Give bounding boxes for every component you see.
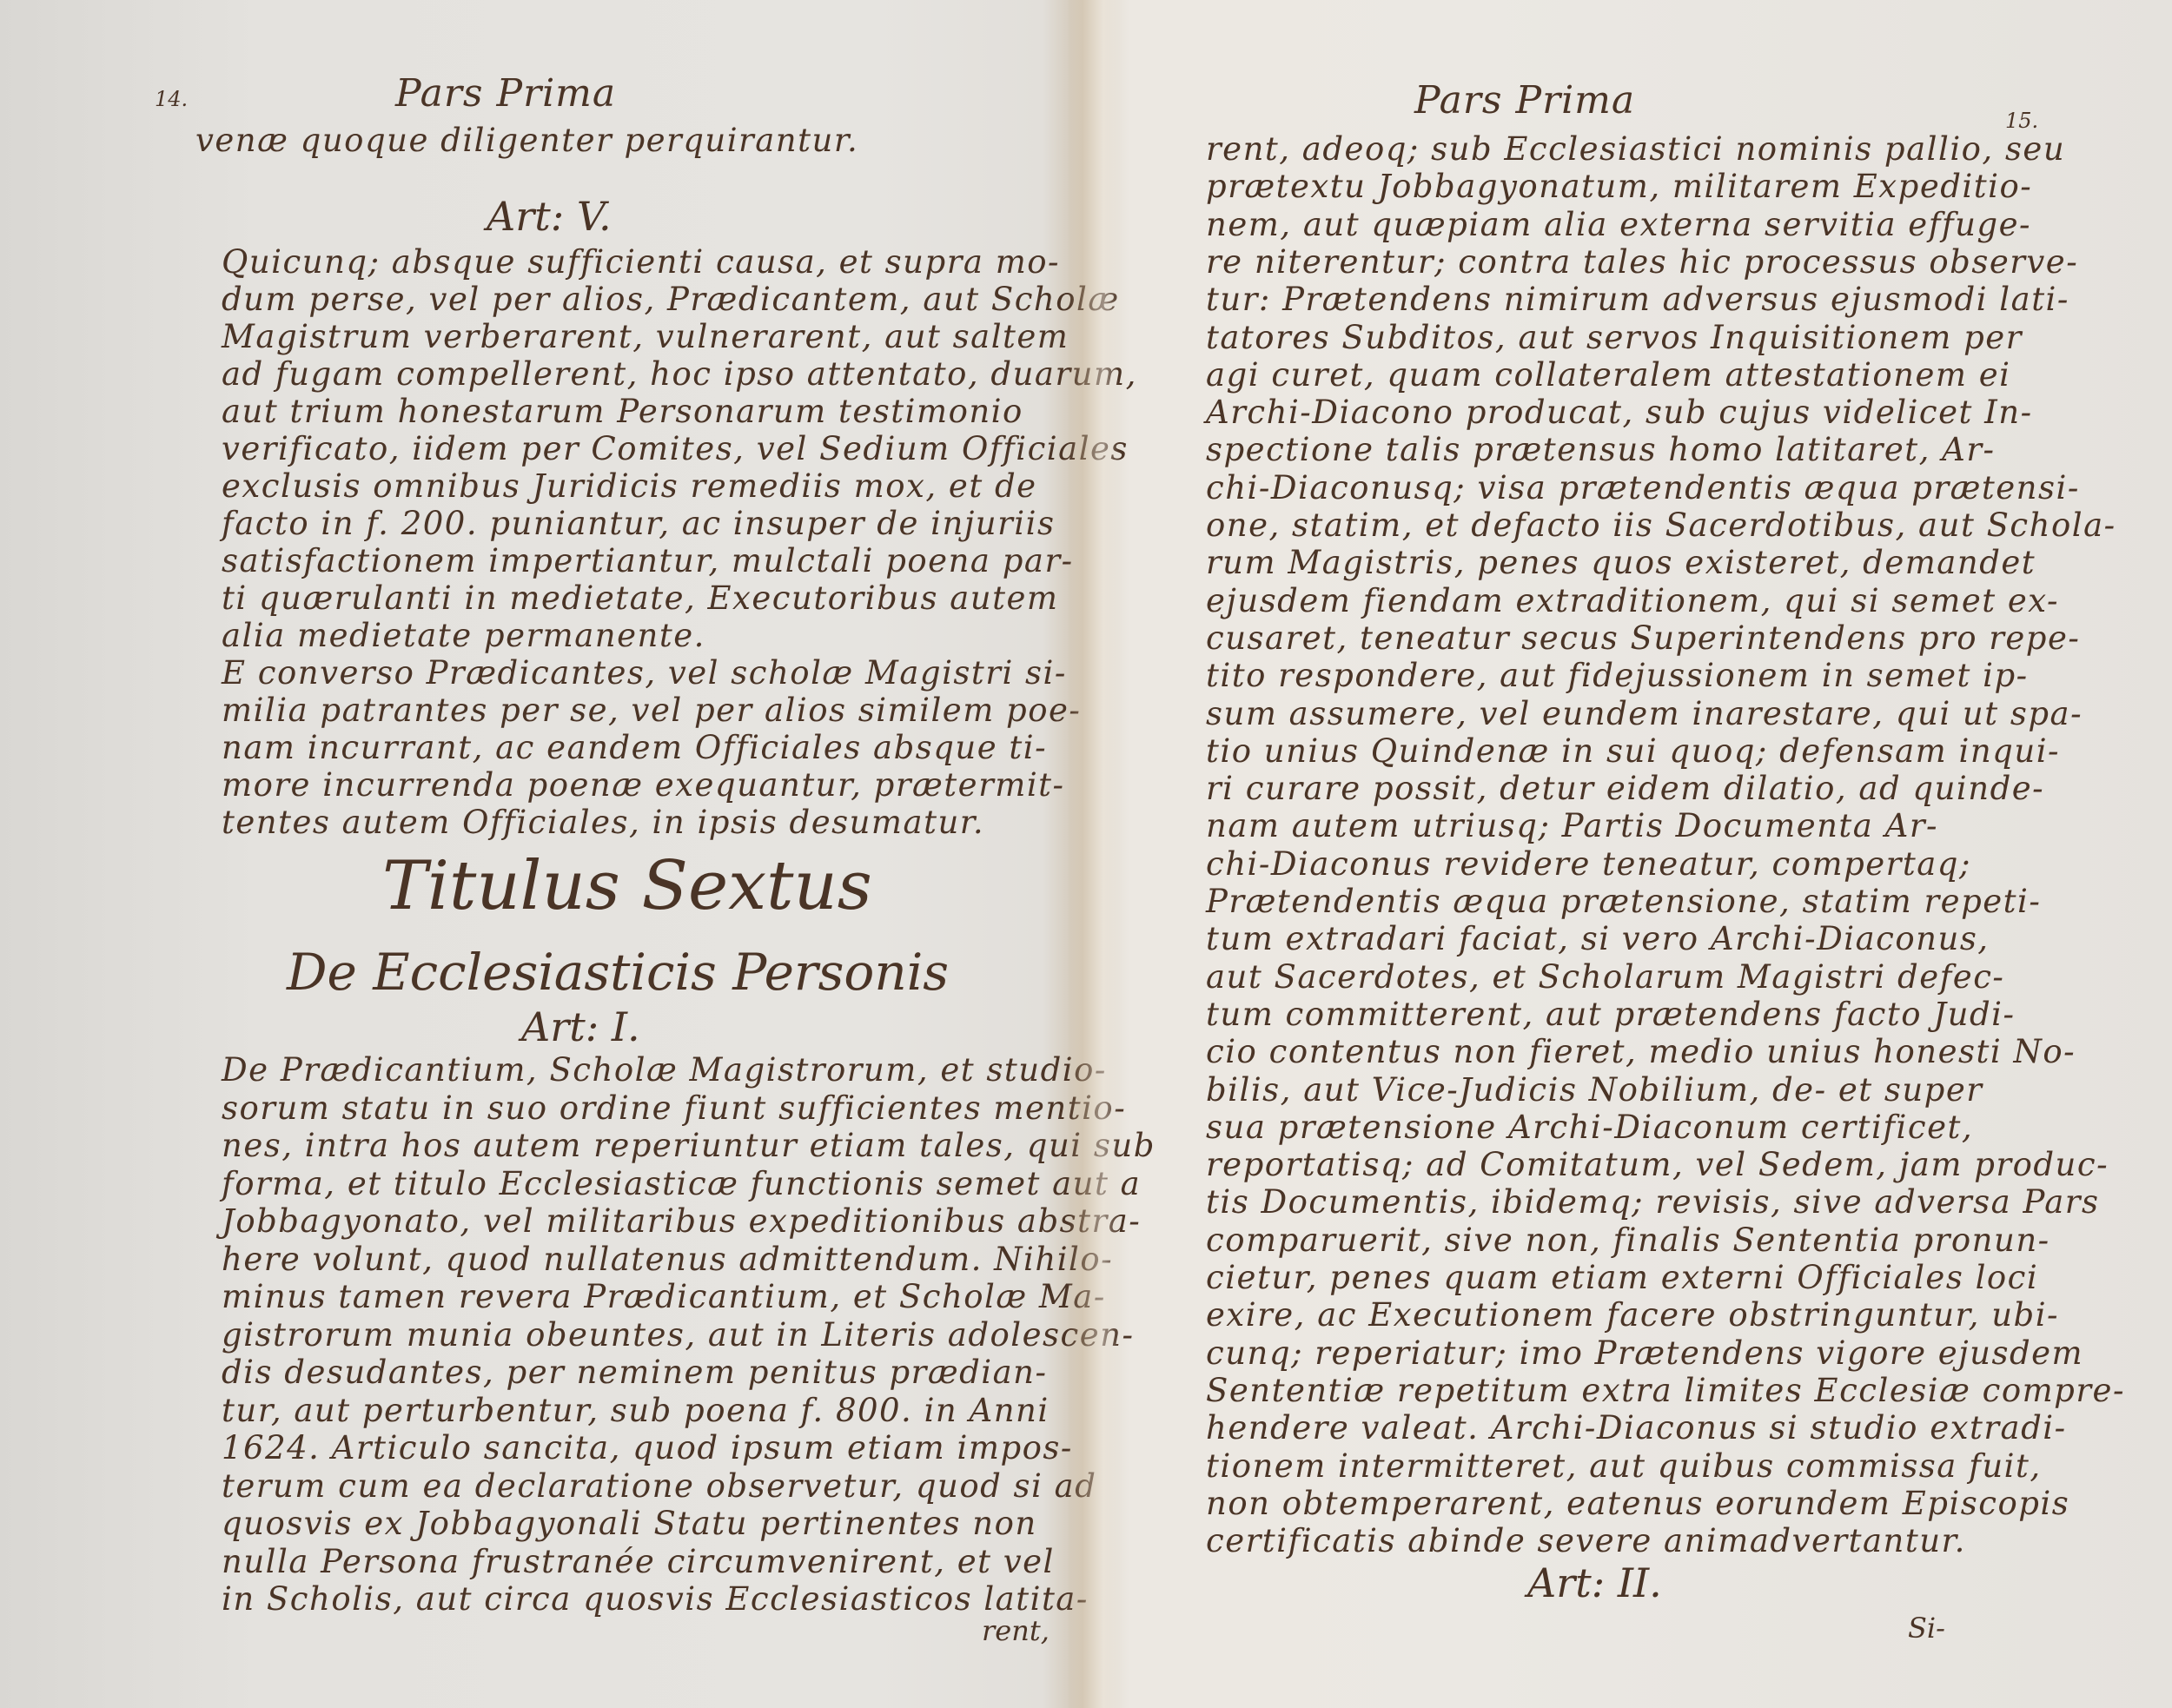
- text-line: tur: Prætendens nimirum adversus ejusmod…: [1206, 281, 2069, 318]
- text-line: one, statim, et defacto iis Sacerdotibus…: [1206, 506, 2116, 544]
- text-line: here volunt, quod nullatenus admittendum…: [222, 1241, 1113, 1278]
- text-line: in Scholis, aut circa quosvis Ecclesiast…: [222, 1580, 1089, 1618]
- text-line: nam incurrant, ac eandem Officiales absq…: [222, 729, 1047, 766]
- running-head: Pars Prima: [395, 71, 616, 116]
- folio-number: 15.: [2005, 109, 2038, 133]
- text-line: tum extradari faciat, si vero Archi-Diac…: [1206, 920, 1990, 957]
- text-line: facto in f. 200. puniantur, ac insuper d…: [222, 505, 1055, 542]
- left-page: 14. Pars Prima venæ quoque diligenter pe…: [0, 0, 1067, 1708]
- text-line: cusaret, teneatur secus Superintendens p…: [1206, 619, 2080, 657]
- text-line: comparuerit, sive non, finalis Sententia…: [1206, 1221, 2050, 1259]
- running-head: Pars Prima: [1414, 78, 1635, 122]
- text-line: E converso Prædicantes, vel scholæ Magis…: [222, 654, 1067, 692]
- text-line: ad fugam compellerent, hoc ipso attentat…: [222, 355, 1137, 393]
- text-line: milia patrantes per se, vel per alios si…: [222, 692, 1081, 729]
- text-line: quosvis ex Jobbagyonali Statu pertinente…: [222, 1505, 1037, 1542]
- text-line: tur, aut perturbentur, sub poena f. 800.…: [222, 1392, 1050, 1429]
- text-line: re niterentur; contra tales hic processu…: [1206, 243, 2078, 281]
- text-line: terum cum ea declaratione observetur, qu…: [222, 1467, 1096, 1505]
- folio-number: 14.: [155, 87, 188, 111]
- text-line: chi-Diaconus revidere teneatur, comperta…: [1206, 845, 1971, 883]
- text-line: sum assumere, vel eundem inarestare, qui…: [1206, 695, 2083, 732]
- text-line: dum perse, vel per alios, Prædicantem, a…: [222, 281, 1120, 318]
- article-heading: Art: I.: [521, 1003, 640, 1050]
- text-line: rent, adeoq; sub Ecclesiastici nominis p…: [1206, 130, 2065, 168]
- text-line: forma, et titulo Ecclesiasticæ functioni…: [222, 1165, 1141, 1202]
- text-line: nes, intra hos autem reperiuntur etiam t…: [222, 1127, 1156, 1164]
- chapter-subtitle: De Ecclesiasticis Personis: [287, 943, 949, 1002]
- text-line: Sententiæ repetitum extra limites Eccles…: [1206, 1372, 2125, 1409]
- text-line: aut trium honestarum Personarum testimon…: [222, 393, 1023, 430]
- text-line: ri curare possit, detur eidem dilatio, a…: [1206, 770, 2044, 807]
- text-line: verificato, iidem per Comites, vel Sediu…: [222, 430, 1129, 467]
- text-line: tum committerent, aut prætendens facto J…: [1206, 996, 2015, 1033]
- text-line: satisfactionem impertiantur, mulctali po…: [222, 542, 1074, 579]
- text-line: venæ quoque diligenter perquirantur.: [195, 122, 858, 159]
- text-line: tentes autem Officiales, in ipsis desuma…: [222, 804, 984, 841]
- catchword: rent,: [982, 1614, 1050, 1647]
- text-line: alia medietate permanente.: [222, 617, 705, 654]
- text-line: more incurrenda poenæ exequantur, præter…: [222, 766, 1065, 804]
- text-line: exclusis omnibus Juridicis remediis mox,…: [222, 467, 1037, 505]
- text-line: agi curet, quam collateralem attestation…: [1206, 356, 2011, 394]
- text-line: tatores Subditos, aut servos Inquisition…: [1206, 319, 2023, 356]
- text-line: cunq; reperiatur; imo Prætendens vigore …: [1206, 1334, 2083, 1372]
- text-line: tionem intermitteret, aut quibus commiss…: [1206, 1447, 2042, 1485]
- text-line: minus tamen revera Prædicantium, et Scho…: [222, 1278, 1106, 1315]
- text-line: ejusdem fiendam extraditionem, qui si se…: [1206, 582, 2059, 619]
- text-line: prætextu Jobbagyonatum, militarem Expedi…: [1206, 168, 2032, 205]
- text-line: non obtemperarent, eatenus eorundem Epis…: [1206, 1485, 2069, 1522]
- text-line: Prætendentis æqua prætensione, statim re…: [1206, 883, 2041, 920]
- text-line: aut Sacerdotes, et Scholarum Magistri de…: [1206, 958, 2004, 996]
- text-line: ti quærulanti in medietate, Executoribus…: [222, 579, 1059, 617]
- text-line: cietur, penes quam etiam externi Officia…: [1206, 1259, 2038, 1296]
- text-line: sorum statu in suo ordine fiunt sufficie…: [222, 1089, 1126, 1127]
- text-line: dis desudantes, per neminem penitus præd…: [222, 1354, 1048, 1391]
- text-line: gistrorum munia obeuntes, aut in Literis…: [222, 1316, 1134, 1354]
- manuscript-spread: 14. Pars Prima venæ quoque diligenter pe…: [0, 0, 2172, 1708]
- text-line: 1624. Articulo sancita, quod ipsum etiam…: [222, 1429, 1073, 1466]
- text-line: tis Documentis, ibidemq; revisis, sive a…: [1206, 1183, 2099, 1221]
- article-heading: Art: II.: [1527, 1559, 1662, 1606]
- catchword: Si-: [1908, 1612, 1945, 1645]
- text-line: rum Magistris, penes quos existeret, dem…: [1206, 544, 2036, 581]
- text-line: chi-Diaconusq; visa prætendentis æqua pr…: [1206, 469, 2080, 506]
- text-line: spectione talis prætensus homo latitaret…: [1206, 431, 1996, 468]
- text-line: sua prætensione Archi-Diaconum certifice…: [1206, 1109, 1973, 1146]
- text-line: certificatis abinde severe animadvertant…: [1206, 1522, 1966, 1559]
- text-line: tito respondere, aut fidejussionem in se…: [1206, 657, 2029, 694]
- text-line: nam autem utriusq; Partis Documenta Ar-: [1206, 807, 1938, 844]
- text-line: nulla Persona frustranée circumvenirent,…: [222, 1543, 1055, 1580]
- text-line: cio contentus non fieret, medio unius ho…: [1206, 1033, 2076, 1070]
- text-line: tio unius Quindenæ in sui quoq; defensam…: [1206, 732, 2060, 770]
- right-page: Pars Prima 15. rent, adeoq; sub Ecclesia…: [1119, 0, 2172, 1708]
- text-line: bilis, aut Vice-Judicis Nobilium, de- et…: [1206, 1071, 1983, 1109]
- chapter-title: Titulus Sextus: [382, 847, 872, 925]
- text-line: Archi-Diacono producat, sub cujus videli…: [1206, 394, 2033, 431]
- text-line: Jobbagyonato, vel militaribus expedition…: [222, 1202, 1141, 1240]
- text-line: exire, ac Executionem facere obstringunt…: [1206, 1296, 2059, 1334]
- text-line: hendere valeat. Archi-Diaconus si studio…: [1206, 1409, 2067, 1447]
- book-gutter: [1067, 0, 1119, 1708]
- article-heading: Art: V.: [487, 193, 612, 240]
- text-line: nem, aut quæpiam alia externa servitia e…: [1206, 206, 2031, 243]
- text-line: reportatisq; ad Comitatum, vel Sedem, ja…: [1206, 1146, 2109, 1183]
- text-line: De Prædicantium, Scholæ Magistrorum, et …: [222, 1051, 1107, 1089]
- text-line: Quicunq; absque sufficienti causa, et su…: [222, 243, 1060, 281]
- text-line: Magistrum verberarent, vulnerarent, aut …: [222, 318, 1069, 355]
